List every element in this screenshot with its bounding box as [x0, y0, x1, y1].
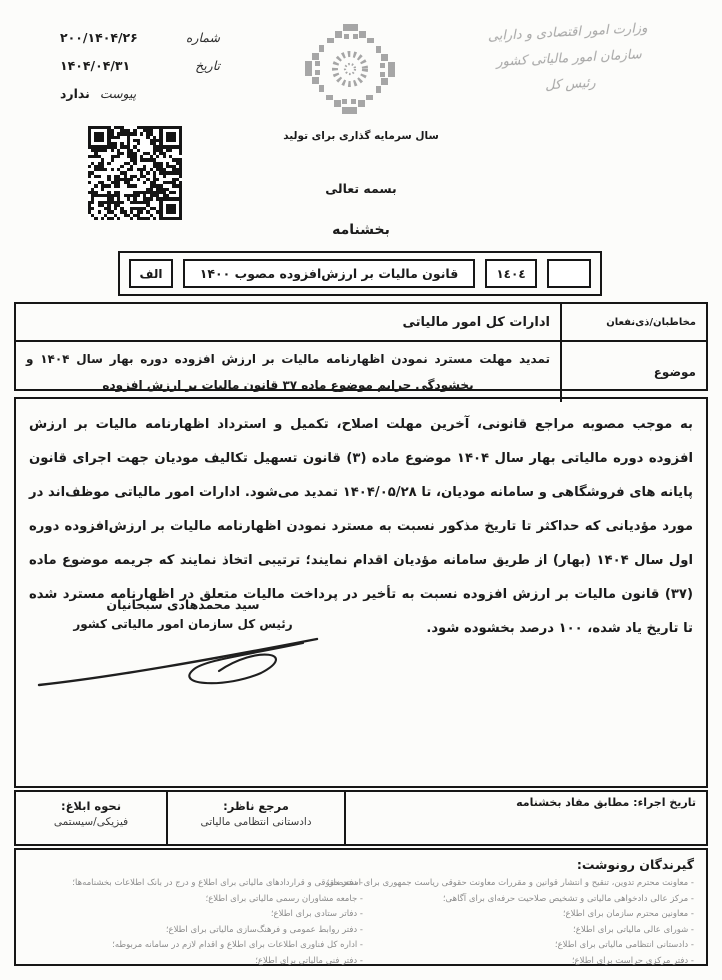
attachment-value: ندارد — [60, 86, 90, 101]
cc-item: دفتر فنی مالیاتی برای اطلاع؛ — [32, 954, 363, 970]
copy-recipients-header: گیرندگان رونوشت: — [28, 857, 694, 872]
subject-value: تمدید مهلت مسترد نمودن اظهارنامه مالیات … — [26, 346, 550, 398]
date-label: تاریخ — [195, 58, 220, 73]
supervisor-value: دادستانی انتظامی مالیاتی — [178, 816, 334, 828]
cc-item: جامعه مشاوران رسمی مالیاتی برای اطلاع؛ — [32, 892, 363, 908]
audience-label-cell: مخاطبان/ذی‌نفعان — [560, 304, 706, 342]
audience-label: مخاطبان/ذی‌نفعان — [606, 317, 696, 328]
cc-item: دفتر حقوقی و قراردادهای مالیاتی برای اطل… — [32, 876, 363, 892]
delivery-label: نحوه ابلاغ: — [26, 799, 156, 813]
classification-row: ١٤٠٤ قانون مالیات بر ارزش‌افزوده مصوب ۱۴… — [118, 251, 602, 296]
cc-item: دادستانی انتظامی مالیاتی برای اطلاع؛ — [363, 938, 694, 954]
date-value: ۱۴۰۴/۰۴/۳۱ — [60, 58, 130, 73]
subject-value-cell: تمدید مهلت مسترد نمودن اظهارنامه مالیات … — [16, 342, 560, 402]
number-label: شماره — [186, 30, 220, 45]
year-box: ١٤٠٤ — [485, 259, 537, 288]
subject-label: موضوع — [654, 365, 696, 379]
serial-box — [547, 259, 591, 288]
supervisor-cell: مرجع ناظر: دادستانی انتظامی مالیاتی — [166, 792, 346, 844]
delivery-method-cell: نحوه ابلاغ: فیزیکی/سیستمی — [16, 792, 166, 844]
besmele-text: بسمه تعالی — [0, 181, 722, 196]
audience-value: ادارات کل امور مالیاتی — [402, 315, 550, 330]
cc-item: دفتر مرکزی حراست برای اطلاع؛ — [363, 954, 694, 970]
body-box: به موجب مصوبه مراجع قانونی، آخرین مهلت ا… — [14, 397, 708, 788]
number-value: ۲۰۰/۱۴۰۴/۲۶ — [60, 30, 138, 45]
supervisor-label: مرجع ناظر: — [178, 799, 334, 813]
audience-value-cell: ادارات کل امور مالیاتی — [16, 304, 560, 342]
copy-recipients-columns: معاونت محترم تدوین، تنقیح و انتشار قوانی… — [28, 876, 694, 969]
cc-item: مرکز عالی دادخواهی مالیاتی و تشخیص صلاحی… — [363, 892, 694, 908]
delivery-value: فیزیکی/سیستمی — [26, 816, 156, 828]
cc-item: اداره کل فناوری اطلاعات برای اطلاع و اقد… — [32, 938, 363, 954]
copy-recipients-right-column: معاونت محترم تدوین، تنقیح و انتشار قوانی… — [363, 876, 694, 969]
circular-document-page: وزارت امور اقتصادی و دارایی سازمان امور … — [0, 0, 722, 980]
copy-recipients-box: گیرندگان رونوشت: معاونت محترم تدوین، تنق… — [14, 848, 708, 966]
cc-item: دفتر روابط عمومی و فرهنگ‌سازی مالیاتی بر… — [32, 923, 363, 939]
document-meta: شماره ۲۰۰/۱۴۰۴/۲۶ تاریخ ۱۴۰۴/۰۴/۳۱ پیوست… — [60, 30, 220, 114]
law-title-box: قانون مالیات بر ارزش‌افزوده مصوب ۱۴۰۰ — [183, 259, 475, 288]
cc-item: معاونین محترم سازمان برای اطلاع؛ — [363, 907, 694, 923]
meta-date-row: تاریخ ۱۴۰۴/۰۴/۳۱ — [60, 58, 220, 73]
subject-label-cell: موضوع — [560, 342, 706, 402]
tax-organization-seal-icon — [305, 22, 395, 116]
execution-date-cell: تاریخ اجراء: مطابق مفاد بخشنامه — [346, 792, 706, 844]
letter-class-box: الف — [129, 259, 173, 288]
signatory-name: سید محمدهادی سبحانیان — [58, 597, 308, 612]
meta-attachment-row: پیوست ندارد — [60, 86, 220, 101]
document-type-title: بخشنامه — [0, 222, 722, 238]
footer-table: تاریخ اجراء: مطابق مفاد بخشنامه مرجع ناظ… — [14, 790, 708, 846]
meta-number-row: شماره ۲۰۰/۱۴۰۴/۲۶ — [60, 30, 220, 45]
copy-recipients-left-column: دفتر حقوقی و قراردادهای مالیاتی برای اطل… — [28, 876, 363, 969]
cc-item: شورای عالی مالیاتی برای اطلاع؛ — [363, 923, 694, 939]
cc-item: دفاتر ستادی برای اطلاع؛ — [32, 907, 363, 923]
signature-block: سید محمدهادی سبحانیان رئیس کل سازمان امو… — [58, 597, 308, 631]
qr-code — [88, 126, 182, 220]
signature-scribble-icon — [33, 629, 323, 697]
header-table: مخاطبان/ذی‌نفعان ادارات کل امور مالیاتی … — [14, 302, 708, 391]
attachment-label: پیوست — [100, 86, 136, 101]
cc-item: معاونت محترم تدوین، تنقیح و انتشار قوانی… — [363, 876, 694, 892]
ministry-letterhead: وزارت امور اقتصادی و دارایی سازمان امور … — [462, 15, 676, 104]
